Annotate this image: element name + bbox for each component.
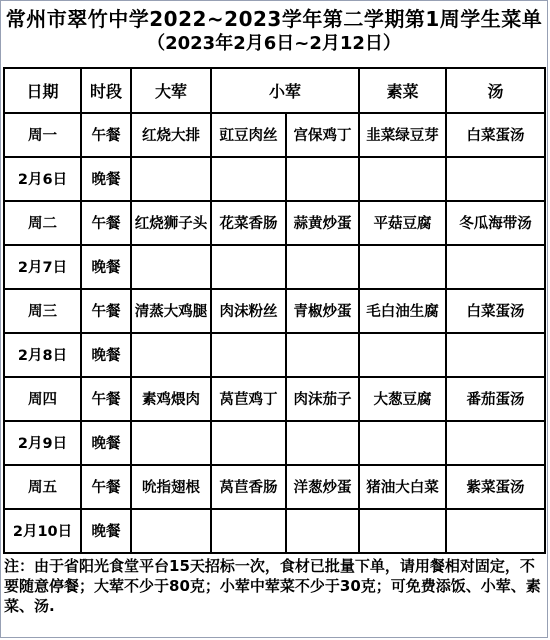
cell-soup: 紫菜蛋汤 — [446, 465, 545, 509]
menu-table: 日期 时段 大荤 小荤 素菜 汤 周一午餐红烧大排豇豆肉丝宫保鸡丁韭菜绿豆芽白菜… — [3, 67, 546, 554]
header-vegetable: 素菜 — [359, 68, 446, 113]
cell-soup — [446, 245, 545, 289]
cell-sucai — [359, 245, 446, 289]
cell-soup — [446, 333, 545, 377]
cell-dahun: 清蒸大鸡腿 — [131, 289, 211, 333]
cell-xiaohun1 — [211, 509, 286, 553]
cell-soup: 冬瓜海带汤 — [446, 201, 545, 245]
cell-xiaohun1 — [211, 333, 286, 377]
cell-sucai: 平菇豆腐 — [359, 201, 446, 245]
cell-xiaohun1 — [211, 157, 286, 201]
cell-sucai: 猪油大白菜 — [359, 465, 446, 509]
cell-soup: 白菜蛋汤 — [446, 113, 545, 157]
table-row: 2月9日晚餐 — [4, 421, 545, 465]
cell-date: 周三 — [4, 289, 81, 333]
header-row: 日期 时段 大荤 小荤 素菜 汤 — [4, 68, 545, 113]
cell-dahun: 素鸡煨肉 — [131, 377, 211, 421]
cell-xiaohun2: 肉沫茄子 — [286, 377, 359, 421]
cell-meal: 晚餐 — [81, 333, 131, 377]
cell-meal: 午餐 — [81, 377, 131, 421]
cell-date: 2月10日 — [4, 509, 81, 553]
cell-xiaohun1: 莴苣鸡丁 — [211, 377, 286, 421]
cell-soup — [446, 509, 545, 553]
cell-xiaohun2 — [286, 245, 359, 289]
cell-sucai: 毛白油生腐 — [359, 289, 446, 333]
table-row: 2月8日晚餐 — [4, 333, 545, 377]
header-main-dish: 大荤 — [131, 68, 211, 113]
cell-meal: 晚餐 — [81, 157, 131, 201]
page-title-line-2: （2023年2月6日~2月12日） — [1, 33, 547, 55]
cell-sucai — [359, 157, 446, 201]
cell-dahun: 吮指翅根 — [131, 465, 211, 509]
page-container: 常州市翠竹中学2022~2023学年第二学期第1周学生菜单 （2023年2月6日… — [0, 0, 548, 638]
cell-soup: 番茄蛋汤 — [446, 377, 545, 421]
cell-date: 2月8日 — [4, 333, 81, 377]
cell-sucai — [359, 509, 446, 553]
cell-sucai: 韭菜绿豆芽 — [359, 113, 446, 157]
cell-meal: 午餐 — [81, 465, 131, 509]
table-row: 周四午餐素鸡煨肉莴苣鸡丁肉沫茄子大葱豆腐番茄蛋汤 — [4, 377, 545, 421]
cell-sucai — [359, 421, 446, 465]
table-row: 周二午餐红烧狮子头花菜香肠蒜黄炒蛋平菇豆腐冬瓜海带汤 — [4, 201, 545, 245]
cell-meal: 午餐 — [81, 113, 131, 157]
cell-meal: 晚餐 — [81, 421, 131, 465]
cell-xiaohun2: 宫保鸡丁 — [286, 113, 359, 157]
cell-soup — [446, 157, 545, 201]
table-row: 2月7日晚餐 — [4, 245, 545, 289]
cell-meal: 晚餐 — [81, 245, 131, 289]
table-row: 周五午餐吮指翅根莴苣香肠洋葱炒蛋猪油大白菜紫菜蛋汤 — [4, 465, 545, 509]
cell-xiaohun2 — [286, 333, 359, 377]
cell-xiaohun1 — [211, 245, 286, 289]
cell-xiaohun1: 花菜香肠 — [211, 201, 286, 245]
cell-xiaohun2: 蒜黄炒蛋 — [286, 201, 359, 245]
cell-date: 周二 — [4, 201, 81, 245]
cell-date: 周五 — [4, 465, 81, 509]
cell-xiaohun1: 豇豆肉丝 — [211, 113, 286, 157]
cell-meal: 午餐 — [81, 289, 131, 333]
cell-date: 周一 — [4, 113, 81, 157]
cell-soup: 白菜蛋汤 — [446, 289, 545, 333]
cell-xiaohun1: 莴苣香肠 — [211, 465, 286, 509]
cell-dahun: 红烧狮子头 — [131, 201, 211, 245]
cell-xiaohun2 — [286, 157, 359, 201]
header-date: 日期 — [4, 68, 81, 113]
cell-dahun — [131, 157, 211, 201]
table-row: 2月10日晚餐 — [4, 509, 545, 553]
header-meal-period: 时段 — [81, 68, 131, 113]
cell-meal: 晚餐 — [81, 509, 131, 553]
table-row: 周三午餐清蒸大鸡腿肉沫粉丝青椒炒蛋毛白油生腐白菜蛋汤 — [4, 289, 545, 333]
cell-xiaohun2: 洋葱炒蛋 — [286, 465, 359, 509]
cell-dahun — [131, 333, 211, 377]
cell-dahun — [131, 509, 211, 553]
cell-xiaohun1: 肉沫粉丝 — [211, 289, 286, 333]
header-side-dish: 小荤 — [211, 68, 359, 113]
table-row: 周一午餐红烧大排豇豆肉丝宫保鸡丁韭菜绿豆芽白菜蛋汤 — [4, 113, 545, 157]
cell-xiaohun2 — [286, 509, 359, 553]
cell-date: 周四 — [4, 377, 81, 421]
page-title-line-1: 常州市翠竹中学2022~2023学年第二学期第1周学生菜单 — [1, 7, 547, 31]
cell-soup — [446, 421, 545, 465]
cell-sucai — [359, 333, 446, 377]
footer-note: 注：由于省阳光食堂平台15天招标一次，食材已批量下单，请用餐相对固定，不要随意停… — [1, 554, 547, 616]
cell-date: 2月7日 — [4, 245, 81, 289]
cell-dahun — [131, 245, 211, 289]
menu-table-header: 日期 时段 大荤 小荤 素菜 汤 — [4, 68, 545, 113]
header-soup: 汤 — [446, 68, 545, 113]
table-row: 2月6日晚餐 — [4, 157, 545, 201]
cell-dahun — [131, 421, 211, 465]
cell-xiaohun2 — [286, 421, 359, 465]
menu-table-body: 周一午餐红烧大排豇豆肉丝宫保鸡丁韭菜绿豆芽白菜蛋汤2月6日晚餐周二午餐红烧狮子头… — [4, 113, 545, 553]
cell-date: 2月6日 — [4, 157, 81, 201]
cell-sucai: 大葱豆腐 — [359, 377, 446, 421]
cell-meal: 午餐 — [81, 201, 131, 245]
cell-xiaohun2: 青椒炒蛋 — [286, 289, 359, 333]
cell-dahun: 红烧大排 — [131, 113, 211, 157]
cell-date: 2月9日 — [4, 421, 81, 465]
cell-xiaohun1 — [211, 421, 286, 465]
page-title: 常州市翠竹中学2022~2023学年第二学期第1周学生菜单 （2023年2月6日… — [1, 1, 547, 55]
